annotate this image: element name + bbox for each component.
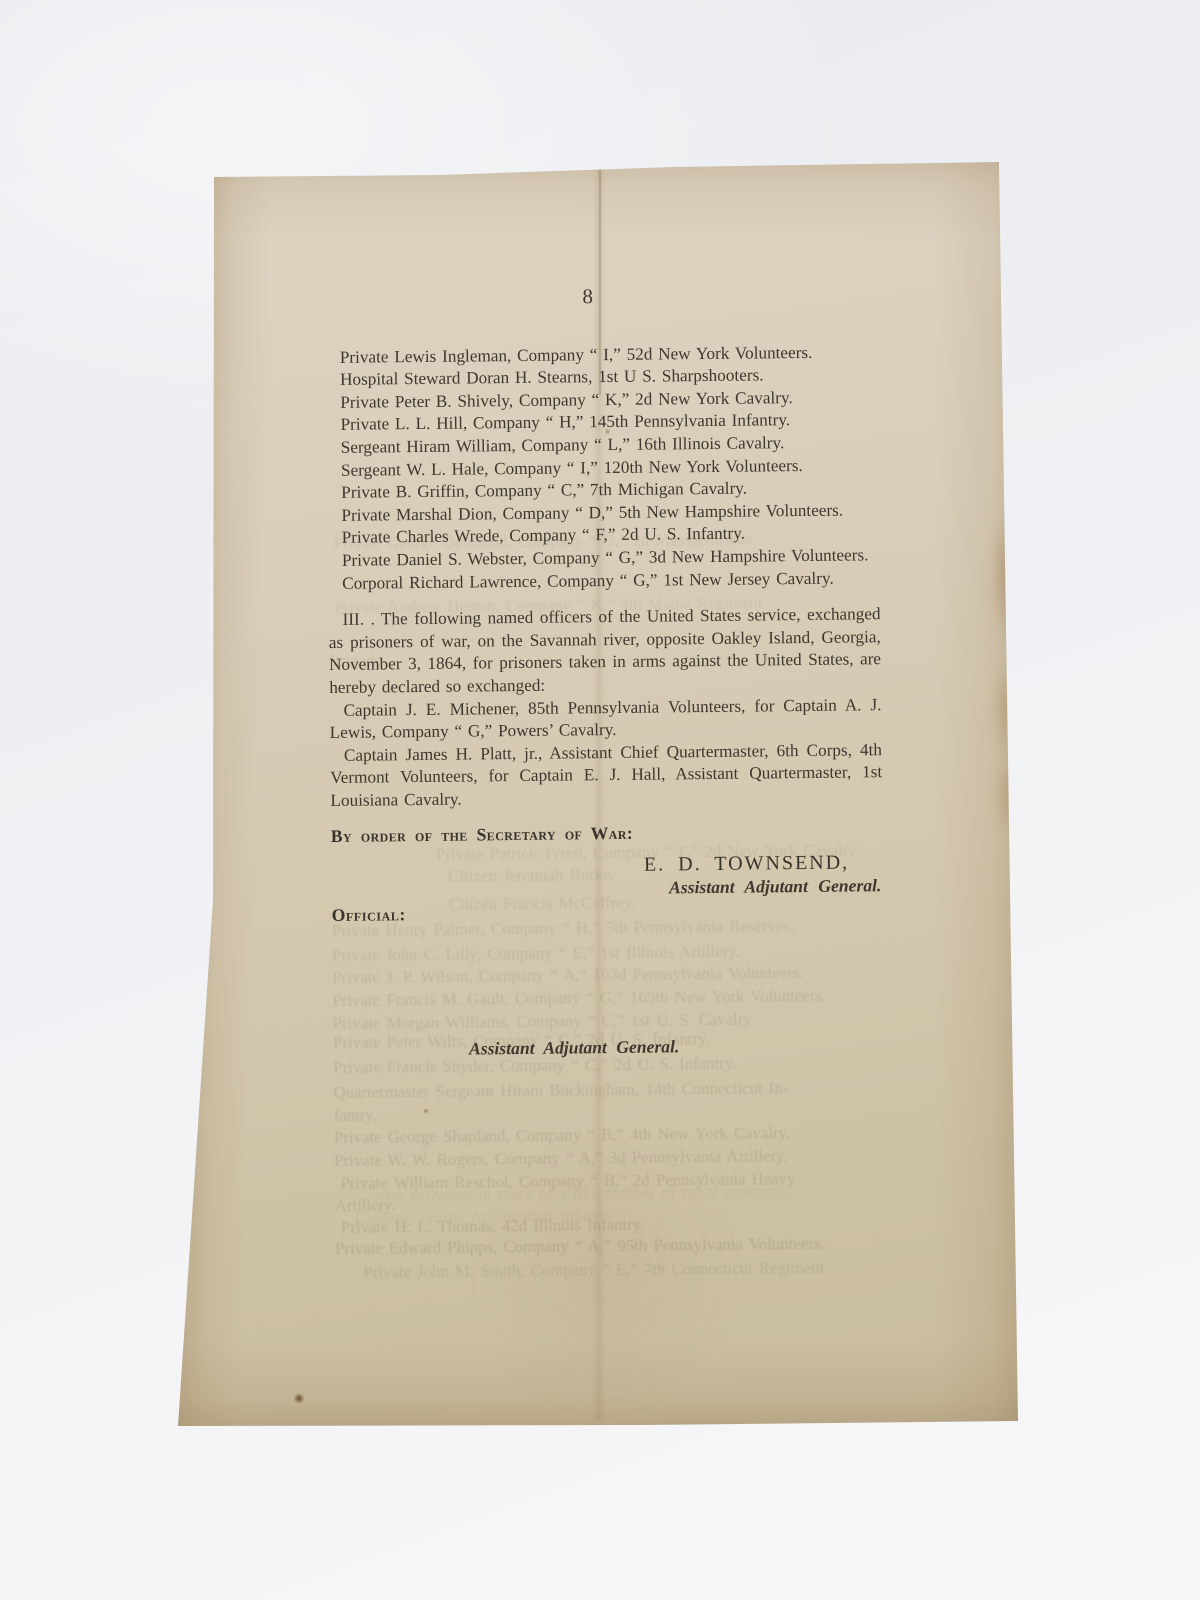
photo-backdrop: Private George Desmond, Company “ G,” 2d… xyxy=(0,0,1200,1600)
bleedthrough-line: who delivered in place of a like number … xyxy=(374,1180,786,1207)
bleedthrough-line: Private John C. Lilly, Company “ E,” 1st… xyxy=(332,941,740,968)
bleedthrough-line: Private J. P. Wilson, Company “ A,” 103d… xyxy=(332,962,804,990)
document-page: Private George Desmond, Company “ G,” 2d… xyxy=(175,155,1020,1430)
bleedthrough-line: Landing, on the Appomattox Infantry xyxy=(355,1205,614,1230)
bleedthrough-line: fantry. xyxy=(334,1105,377,1128)
bottom-ink-spot xyxy=(294,1393,304,1405)
right-edge-stain xyxy=(968,505,1020,835)
bleedthrough-line: Artillery. xyxy=(335,1194,396,1217)
section-iii-paragraph: III. . The following named officers of t… xyxy=(328,603,881,699)
attestation-title: Assistant Adjutant General. xyxy=(469,1033,885,1060)
by-order-line: By order of the Secretary of War: xyxy=(331,820,883,848)
page-number: 8 xyxy=(325,282,851,310)
exchange-entry: Captain James H. Platt, jr., Assistant C… xyxy=(330,739,883,813)
bleedthrough-line: Quartermaster Sergeant Hiram Buckingham,… xyxy=(333,1077,788,1104)
official-label: Official: xyxy=(332,898,884,926)
bleedthrough-line: Private William Reschol, Company “ B,” 2… xyxy=(340,1168,795,1195)
bleedthrough-line: Private Morgan Williams, Company “ C,” 1… xyxy=(333,1009,755,1036)
bleedthrough-line: Private George Shapland, Company “ B,” 4… xyxy=(334,1122,790,1149)
bleedthrough-line: Private Edward Phipps, Company “ A,” 95t… xyxy=(335,1233,825,1261)
exchange-entry: Captain J. E. Michener, 85th Pennsylvani… xyxy=(329,694,881,745)
bleedthrough-line: Private Francis M. Gault, Company “ G,” … xyxy=(332,985,826,1013)
bleedthrough-line: Private W. W. Rogers, Company “ A,” 3d P… xyxy=(334,1145,787,1172)
exchanged-soldiers-list: Private Lewis Ingleman, Company “ I,” 52… xyxy=(326,341,881,595)
bleedthrough-line: Private H. L. Thomas, 42d Illinois Infan… xyxy=(341,1214,645,1240)
printed-content: Private George Desmond, Company “ G,” 2d… xyxy=(325,274,888,1300)
bleedthrough-line: Private John M. Smith, Company “ E,” 7th… xyxy=(363,1257,824,1284)
